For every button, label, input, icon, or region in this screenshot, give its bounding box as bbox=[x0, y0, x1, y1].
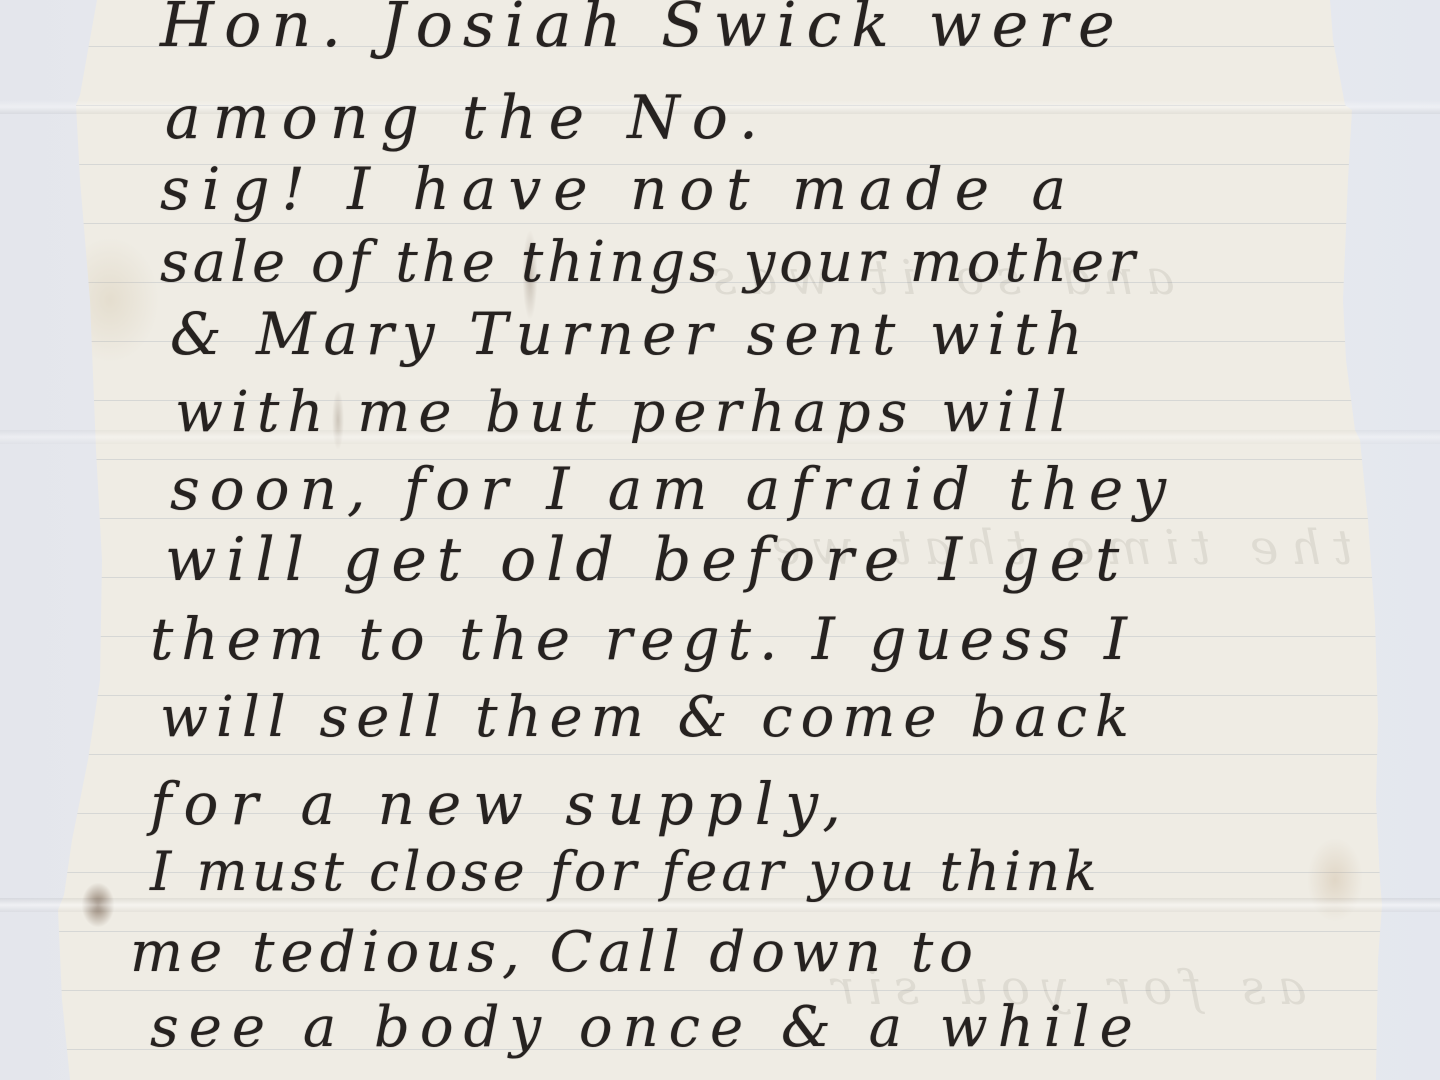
letter-line-2: among the No. bbox=[165, 88, 770, 148]
letter-line-11: for a new supply, bbox=[150, 775, 853, 833]
letter-line-4: sale of the things your mother bbox=[160, 235, 1139, 291]
letter-line-13: me tedious, Call down to bbox=[130, 925, 979, 981]
letter-line-9: them to the regt. I guess I bbox=[150, 610, 1135, 668]
letter-line-14: see a body once & a while bbox=[150, 1000, 1143, 1056]
letter-line-3: sig! I have not made a bbox=[160, 160, 1078, 218]
letter-line-1: Hon. Josiah Swick were bbox=[160, 0, 1125, 56]
letter-line-10: will sell them & come back bbox=[160, 690, 1137, 746]
letter-line-5: & Mary Turner sent with bbox=[170, 305, 1091, 363]
photo-background: and so it was the time that we as for yo… bbox=[0, 0, 1440, 1080]
letter-line-7: soon, for I am afraid they bbox=[170, 460, 1176, 518]
letter-line-8: will get old before I get bbox=[165, 530, 1129, 590]
letter-line-6: with me but perhaps will bbox=[175, 385, 1075, 441]
letter-line-12: I must close for fear you think bbox=[150, 845, 1101, 899]
handwritten-text: Hon. Josiah Swick were among the No. sig… bbox=[0, 0, 1440, 1080]
